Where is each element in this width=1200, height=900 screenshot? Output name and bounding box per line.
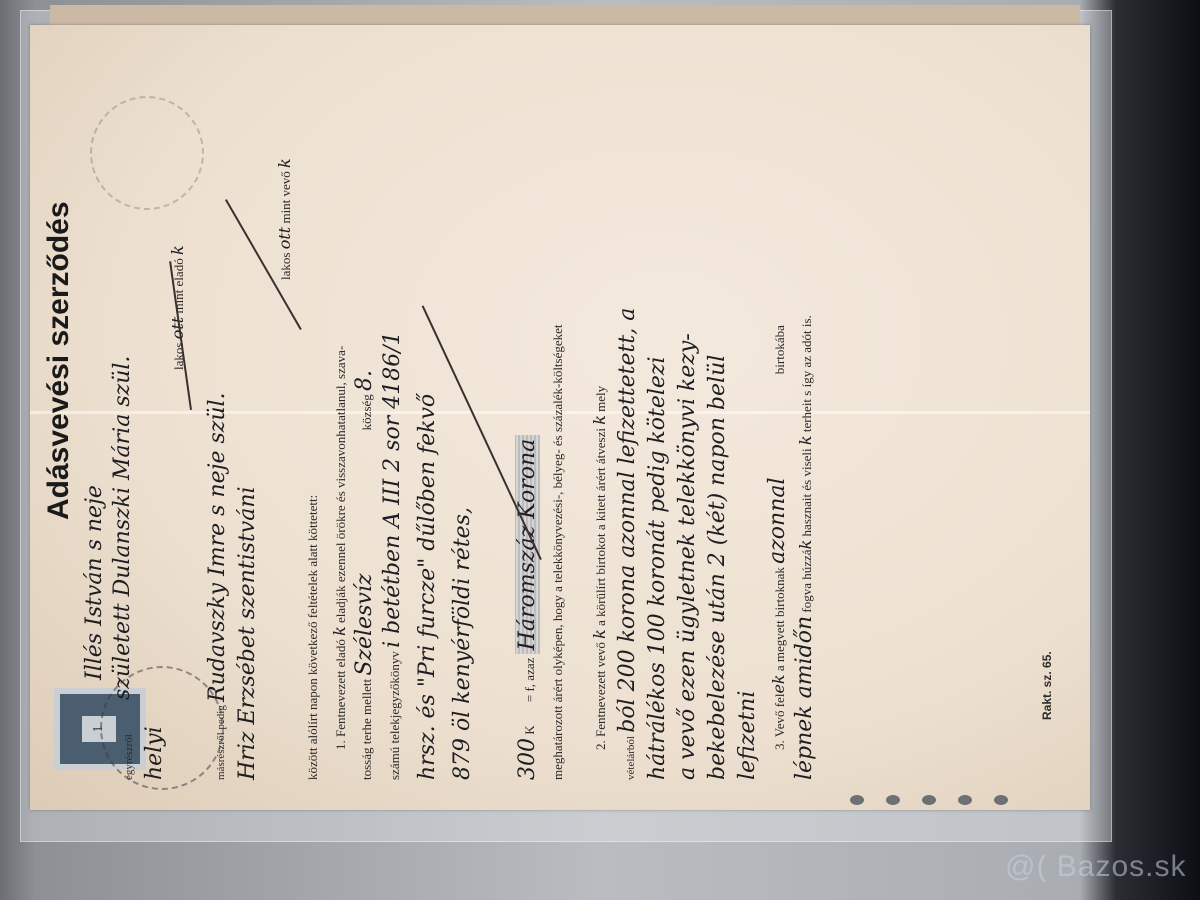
clause3-text-e: fogva húzzá (799, 549, 814, 612)
parcel-size: 879 öl kenyérföldi rétes, (450, 507, 475, 780)
clause2-text-c: mely (593, 386, 608, 412)
party1-birthname: született Dulanszki Mária szül. (110, 356, 135, 700)
price-amount: 300 (515, 738, 540, 780)
land-registry-ref: i betétben A III 2 sor 4186/1 (380, 331, 405, 647)
clause2-text: a körülírt birtokot a kitett árért átves… (593, 428, 608, 626)
binder-holes (850, 795, 1008, 805)
party2-role-value: k (275, 158, 294, 168)
clause1-text-h: meghatározott árért olyképen, hogy a tel… (550, 25, 566, 780)
clause3-label: 3. Vevő fel (772, 694, 787, 750)
clause3-text-f: hasznait és viseli (799, 448, 814, 536)
party2-resident-label: lakos (278, 253, 293, 280)
intro-text: között alólírt napon következő feltétele… (305, 25, 321, 780)
party2-label: másrészről pedig (215, 705, 227, 780)
clause3-text-g: terheit s így az adót is. (799, 315, 814, 432)
party2-role-label: mint vevő (278, 171, 293, 223)
clause3-hand-d: lépnek amidőn (792, 616, 817, 780)
clause3-hand-f: k (796, 435, 815, 445)
village-number: 8. (352, 370, 377, 391)
parcel-location: hrsz. és "Pri furcze" dűlőben fekvő (415, 394, 440, 780)
payment-terms-3: a vevő ezen ügyletnek telekkönyvi kezy- (675, 333, 700, 780)
party1-place: helyi (142, 726, 167, 780)
document-title: Adásvevési szerződés (42, 201, 76, 520)
clause3-text-b: a megvett birtoknak (772, 567, 787, 671)
party1-role-value: k (168, 245, 187, 255)
party1-label: egyrészről (123, 734, 135, 780)
clause1-text: eladják ezennel örökre és visszavonhatat… (333, 346, 348, 623)
watermark: @( Bazos.sk (1005, 850, 1187, 884)
clause2-text-d: vételárból (625, 736, 637, 780)
payment-terms-5: lefizetni (735, 691, 760, 780)
party1-name: Illés István s neje (82, 485, 107, 680)
possession-time: azonnal (765, 477, 790, 563)
price-currency: K (522, 725, 537, 734)
clause3-hand-e: k (796, 540, 815, 550)
payment-terms-1: ból 200 korona azonnal lefizettetett, a (615, 308, 640, 733)
party2-birthname: Hriz Erzsébet szentistváni (235, 486, 260, 780)
price-label: = f, azaz (522, 658, 537, 703)
footer-reference: Rakt. sz. 65. (1040, 25, 1054, 720)
clause1-text-c: tosság terhe mellett (359, 679, 374, 780)
clause2-label: 2. Fentnevezett vevő (593, 642, 608, 750)
clause2-hand-a: k (590, 629, 609, 639)
clause3-text-c: birtokába (772, 325, 787, 374)
clause2-hand-b: k (590, 415, 609, 425)
document-content: Adásvevési szerződés 1 Illés István s ne… (30, 25, 1090, 810)
payment-terms-4: bekebelezése után 2 (két) napon belül (705, 355, 730, 780)
clause3-hand-a: ek (769, 674, 788, 693)
party2-resident-value: ott (275, 227, 294, 250)
village-name: Szélesvíz (352, 574, 377, 676)
clause1-label: 1. Fentnevezett eladó (333, 639, 348, 750)
clause1-text-e: számú telekjegyzőkönyv (387, 651, 402, 780)
party2-name: Rudavszky Imre s neje szül. (205, 392, 230, 701)
clause1-text-d: község (359, 394, 374, 430)
payment-terms-2: hátrálékos 100 koronát pedig kötelezi (645, 356, 670, 780)
document-paper: Adásvevési szerződés 1 Illés István s ne… (30, 25, 1090, 810)
price-words: Háromszáz Korona (515, 435, 540, 655)
clause1-hand: k (330, 626, 349, 636)
